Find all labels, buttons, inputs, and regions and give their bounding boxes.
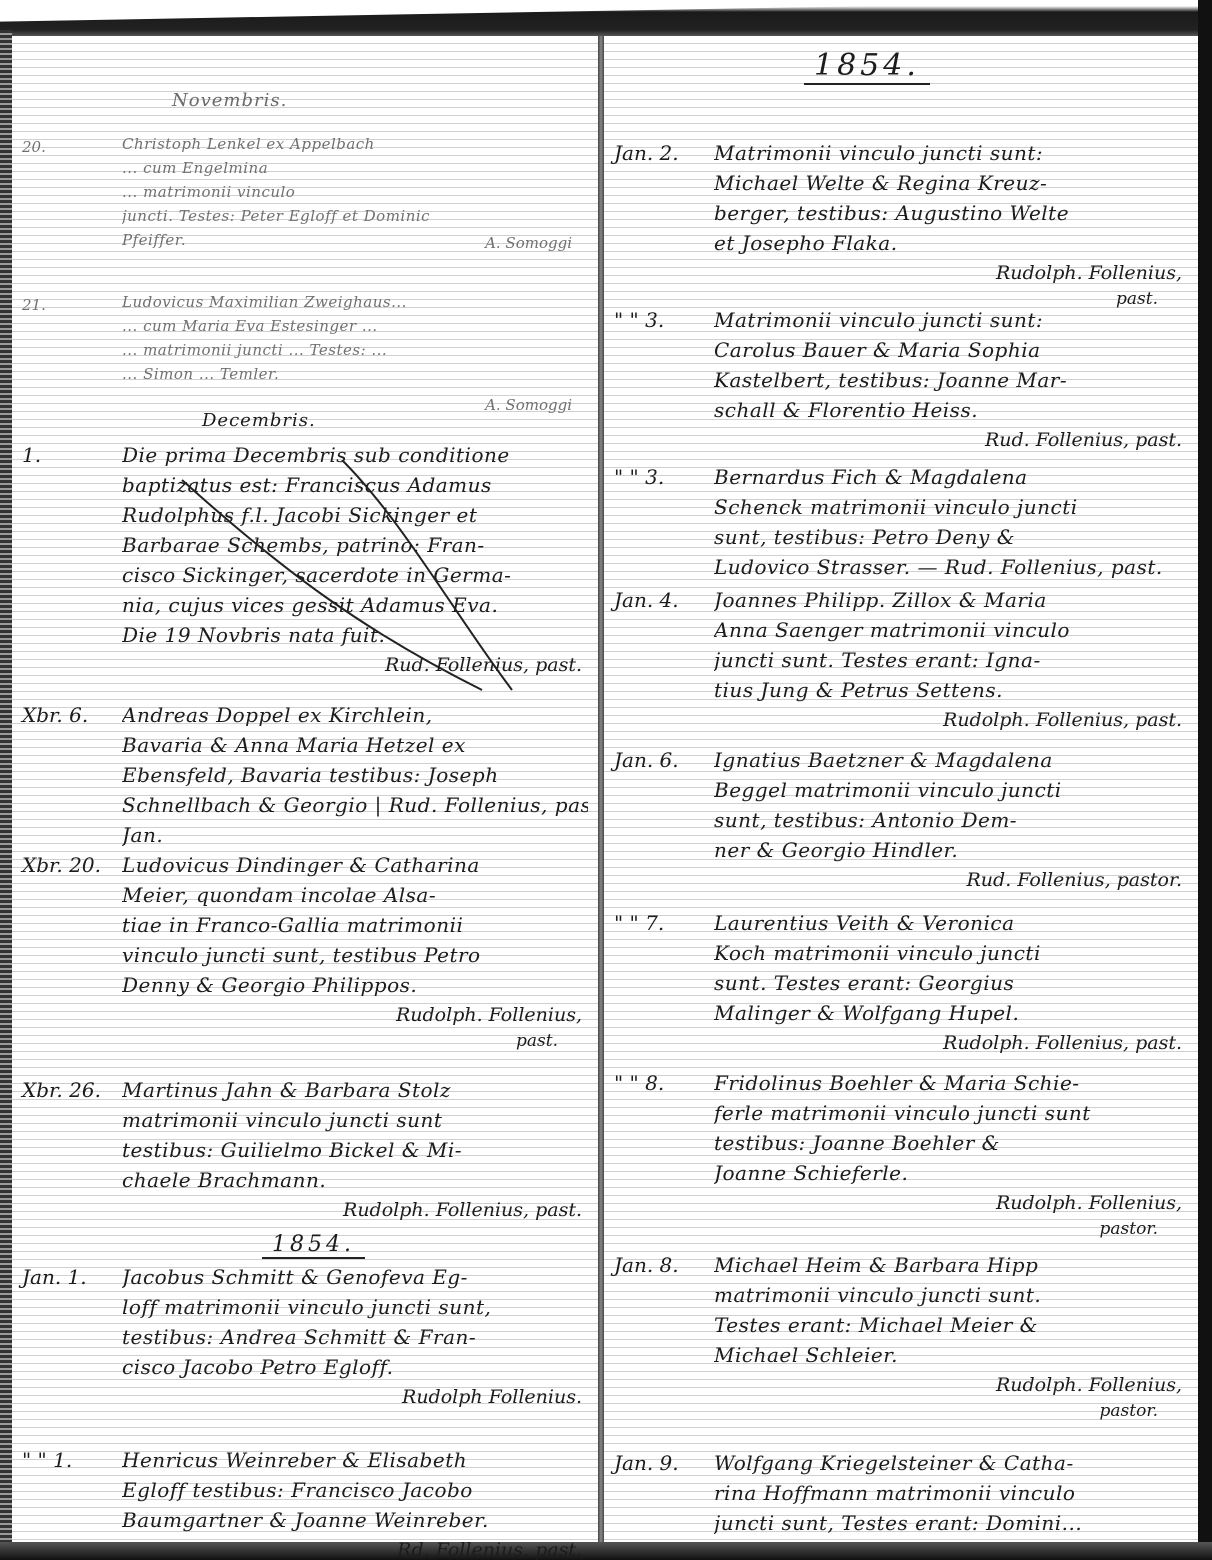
- pastor-signature: Rud. Follenius, past.: [122, 650, 588, 680]
- entry-text: Wolfgang Kriegelsteiner & Catha- rina Ho…: [714, 1448, 1188, 1538]
- scan-edge-left: [0, 30, 12, 1560]
- entry-date: 1.: [22, 440, 117, 470]
- entry-text: Laurentius Veith & Veronica Koch matrimo…: [714, 908, 1188, 1058]
- entry-date: Jan. 9.: [614, 1448, 709, 1478]
- entry-date: Xbr. 20.: [22, 850, 117, 880]
- entry-date: Jan. 1.: [22, 1262, 117, 1292]
- pastor-signature: Rudolph. Follenius, past.: [122, 1195, 588, 1225]
- pastor-signature: Rudolph. Follenius,: [714, 1370, 1188, 1400]
- entry-date: " " 8.: [614, 1068, 709, 1098]
- pastor-signature: Rudolph. Follenius,: [714, 1188, 1188, 1218]
- entry-date: " " 7.: [614, 908, 709, 938]
- entry-date: Jan. 4.: [614, 585, 709, 615]
- entry-text: Michael Heim & Barbara Hipp matrimonii v…: [714, 1250, 1188, 1422]
- year-heading: 1854.: [262, 1232, 365, 1259]
- entry-date: Xbr. 26.: [22, 1075, 117, 1105]
- right-page: 1854. Jan. 2. Matrimonii vinculo juncti …: [604, 0, 1198, 1560]
- year-heading: 1854.: [804, 48, 930, 85]
- pastor-signature: Rudolph Follenius.: [122, 1382, 588, 1412]
- entry-date: " " 1.: [22, 1445, 117, 1475]
- pastor-signature: Rd. Follenius, past.: [122, 1535, 588, 1560]
- entry-date: 21.: [22, 290, 117, 320]
- pastor-signature: A. Somoggi: [485, 228, 578, 258]
- scan-edge-right: [1198, 0, 1212, 1560]
- scanned-register-sheet: Novembris. 20. Christoph Lenkel ex Appel…: [0, 0, 1212, 1560]
- left-page: Novembris. 20. Christoph Lenkel ex Appel…: [12, 0, 598, 1560]
- entry-date: 20.: [22, 132, 117, 162]
- entry-text: Bernardus Fich & Magdalena Schenck matri…: [714, 462, 1188, 582]
- entry-text: Ludovicus Dindinger & Catharina Meier, q…: [122, 850, 588, 1052]
- pastor-signature: A. Somoggi: [485, 390, 578, 420]
- entry-text: Henricus Weinreber & Elisabeth Egloff te…: [122, 1445, 588, 1560]
- entry-date: " " 3.: [614, 305, 709, 335]
- month-heading-december: Decembris.: [202, 410, 316, 431]
- pastor-signature: Rud. Follenius, past.: [714, 425, 1188, 455]
- pastor-title: pastor.: [714, 1400, 1188, 1422]
- entry-text: Martinus Jahn & Barbara Stolz matrimonii…: [122, 1075, 588, 1225]
- month-heading-november: Novembris.: [172, 90, 287, 111]
- entry-text: Joannes Philipp. Zillox & Maria Anna Sae…: [714, 585, 1188, 735]
- entry-date: Xbr. 6.: [22, 700, 117, 730]
- entry-text: Ludovicus Maximilian Zweighaus... ... cu…: [122, 290, 588, 386]
- pastor-title: past.: [122, 1030, 588, 1052]
- pastor-signature: Rudolph. Follenius,: [122, 1000, 588, 1030]
- entry-date: Jan. 6.: [614, 745, 709, 775]
- pastor-signature: Rudolph. Follenius,: [714, 258, 1188, 288]
- pastor-signature: Rudolph. Follenius, past.: [714, 1028, 1188, 1058]
- pastor-signature: Rudolph. Follenius, past.: [714, 705, 1188, 735]
- entry-text: Matrimonii vinculo juncti sunt: Michael …: [714, 138, 1188, 310]
- entry-text: Jacobus Schmitt & Genofeva Eg- loff matr…: [122, 1262, 588, 1412]
- entry-date: Jan. 8.: [614, 1250, 709, 1280]
- entry-text: Ignatius Baetzner & Magdalena Beggel mat…: [714, 745, 1188, 895]
- pastor-signature: Rud. Follenius, pastor.: [714, 865, 1188, 895]
- entry-text: Fridolinus Boehler & Maria Schie- ferle …: [714, 1068, 1188, 1240]
- entry-date: Jan. 2.: [614, 138, 709, 168]
- entry-text: Matrimonii vinculo juncti sunt: Carolus …: [714, 305, 1188, 455]
- entry-text: Die prima Decembris sub conditione bapti…: [122, 440, 588, 680]
- entry-date: " " 3.: [614, 462, 709, 492]
- pastor-title: pastor.: [714, 1218, 1188, 1240]
- entry-text: Andreas Doppel ex Kirchlein, Bavaria & A…: [122, 700, 588, 850]
